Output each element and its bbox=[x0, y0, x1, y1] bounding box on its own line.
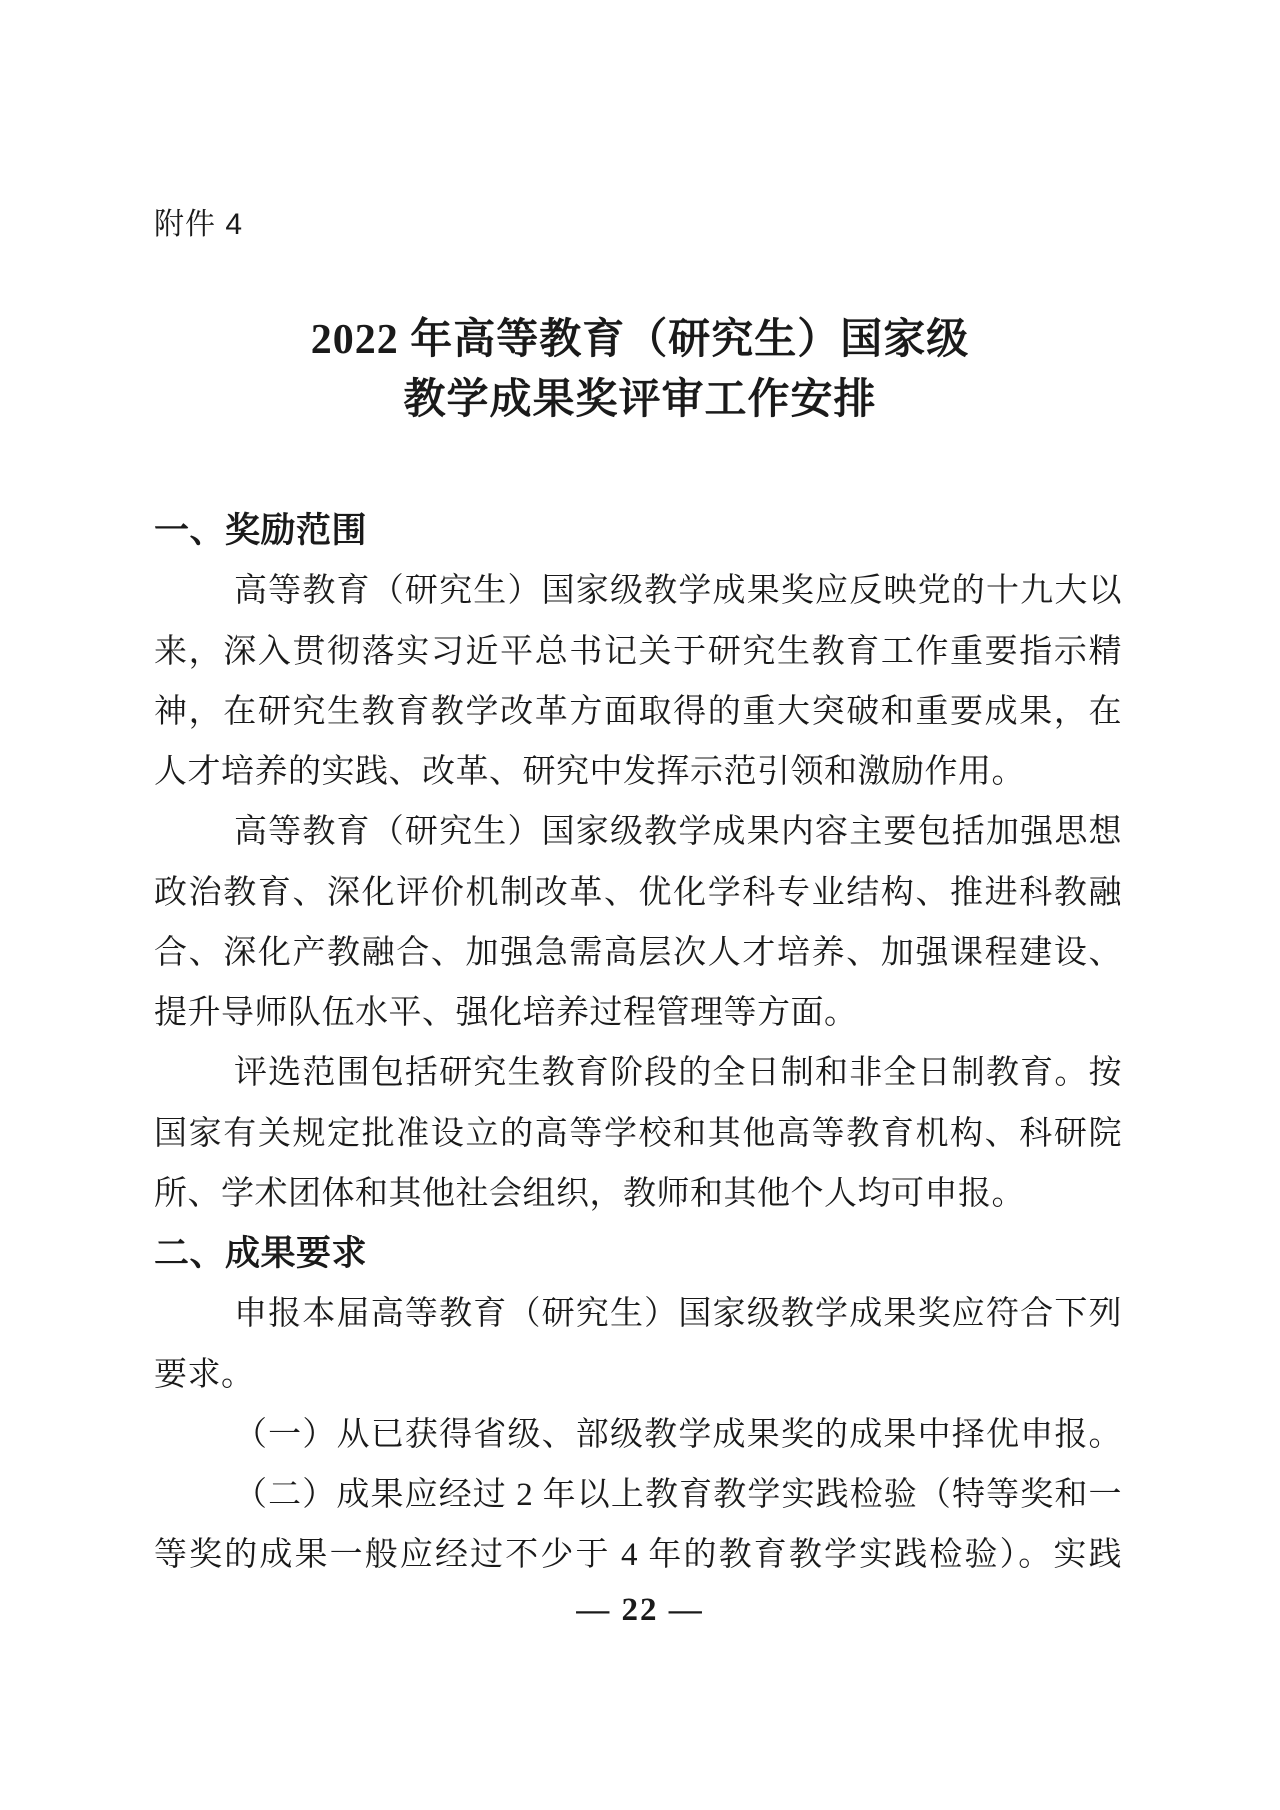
page-number: — 22 — bbox=[0, 1590, 1280, 1630]
body-line: 提升导师队伍水平、强化培养过程管理等方面。 bbox=[154, 983, 1122, 1043]
body-line: 高等教育（研究生）国家级教学成果内容主要包括加强思想 bbox=[154, 802, 1122, 862]
attachment-label: 附件 4 bbox=[154, 207, 243, 243]
body-line: 神，在研究生教育教学改革方面取得的重大突破和重要成果，在 bbox=[154, 682, 1122, 742]
body-line: 评选范围包括研究生教育阶段的全日制和非全日制教育。按 bbox=[154, 1043, 1122, 1103]
body-line: 等奖的成果一般应经过不少于 4 年的教育教学实践检验）。实践 bbox=[154, 1525, 1122, 1585]
document-page: 附件 4 2022 年高等教育（研究生）国家级 教学成果奖评审工作安排 一、奖励… bbox=[0, 0, 1280, 1810]
body-line: 人才培养的实践、改革、研究中发挥示范引领和激励作用。 bbox=[154, 742, 1122, 802]
body-line: 合、深化产教融合、加强急需高层次人才培养、加强课程建设、 bbox=[154, 923, 1122, 983]
body-line: 所、学术团体和其他社会组织，教师和其他个人均可申报。 bbox=[154, 1164, 1122, 1224]
body-line: 国家有关规定批准设立的高等学校和其他高等教育机构、科研院 bbox=[154, 1104, 1122, 1164]
document-title: 2022 年高等教育（研究生）国家级 教学成果奖评审工作安排 bbox=[0, 310, 1280, 430]
body-line: （二）成果应经过 2 年以上教育教学实践检验（特等奖和一 bbox=[154, 1465, 1122, 1525]
body-line: 要求。 bbox=[154, 1345, 1122, 1405]
body-line: 政治教育、深化评价机制改革、优化学科专业结构、推进科教融 bbox=[154, 863, 1122, 923]
body-line: （一）从已获得省级、部级教学成果奖的成果中择优申报。 bbox=[154, 1405, 1122, 1465]
section-heading-award-scope: 一、奖励范围 bbox=[154, 501, 1122, 561]
body-line: 高等教育（研究生）国家级教学成果奖应反映党的十九大以 bbox=[154, 561, 1122, 621]
title-line-1: 2022 年高等教育（研究生）国家级 bbox=[0, 310, 1280, 370]
body-line: 来，深入贯彻落实习近平总书记关于研究生教育工作重要指示精 bbox=[154, 622, 1122, 682]
title-line-2: 教学成果奖评审工作安排 bbox=[0, 370, 1280, 430]
section-heading-achievement-requirements: 二、成果要求 bbox=[154, 1224, 1122, 1284]
body-line: 申报本届高等教育（研究生）国家级教学成果奖应符合下列 bbox=[154, 1284, 1122, 1344]
document-body: 一、奖励范围 高等教育（研究生）国家级教学成果奖应反映党的十九大以 来，深入贯彻… bbox=[154, 501, 1122, 1586]
